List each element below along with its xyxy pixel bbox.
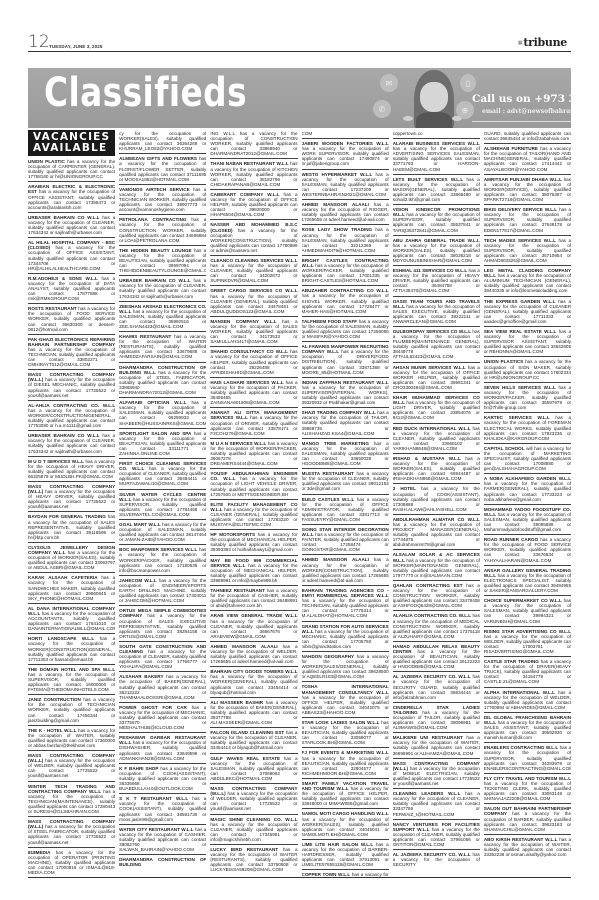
classified-ad: CLEANCO CLEANING SERVICES W.L.L has a va… (210, 257, 297, 286)
classified-ad: ABO KIRSH RESTAURANT W.L.L has a vacancy… (484, 836, 571, 859)
classified-ad: ALPHA INTERNATIONAL W.L.L has a vacancy … (484, 689, 571, 713)
banner-title: Classifieds (44, 70, 247, 116)
ad-company: BAHRAIN TRADING AGENCIES CO - EMIYI ROMM… (302, 588, 389, 598)
classified-ad: AL-AHLIA CONTRACTING CO. W.L.L has a vac… (28, 402, 115, 431)
classified-ad: LEO METAL CLADDING COMPANY W.L.L has a v… (484, 267, 571, 296)
classified-ad: WATER CITY RESTAURANT W.L.L has a vacanc… (119, 826, 206, 855)
ad-text: has a vacancy for the occupation of SALE… (484, 720, 571, 740)
classified-ad: THE HIDDEN BEAUTY LOUNGE has a vacancy f… (119, 247, 206, 276)
ad-text: has a vacancy for the occupation of PAIN… (302, 532, 389, 552)
ad-text: has a vacancy for the occupation of WORK… (28, 408, 115, 428)
classified-ad: GRAND STATION FOR AUTO SERVICES W.L.L ha… (302, 623, 389, 652)
classified-ad: ALI MASSEER BASHIR has a vacancy for the… (210, 699, 297, 728)
classified-ad: MOHAMMAD YADOO FOODSTUFF CO. W.L.L has a… (484, 506, 571, 535)
ad-text: has a vacancy for the occupation of CLEA… (210, 619, 297, 639)
classified-ad: Talfheem Food Staff has a vacancy for th… (302, 318, 389, 342)
logo-text: tribune (523, 36, 567, 49)
classified-ad: MASS CONTRACTING COMPANY (W.L.L) has a v… (210, 785, 297, 814)
classified-ad: TAHNEEZ RESTAURANT has a vacancy for the… (210, 587, 297, 611)
ad-text: has a vacancy for the occupation of FARM… (484, 481, 571, 501)
classified-ad: CHOICE SUPERMARKET CO W.L.L has a vacanc… (484, 597, 571, 626)
ad-text: has a vacancy for the occupation of ADVE… (393, 146, 480, 171)
classified-ad: PETROLANA CONTRACTING has a vacancy for … (119, 216, 206, 245)
classified-ad: M U A N SERVICES W.L.L has a vacancy for… (210, 440, 297, 469)
classified-ad: GOAL MART W.L.L has a vacancy for the oc… (119, 521, 206, 545)
classified-ad: AMRITSAR PUNJABI DHABA W.L.L has a vacan… (484, 176, 571, 205)
ad-text: has a vacancy for the occupation of WORK… (393, 558, 480, 578)
classified-ad: 818MEDIA has a vacancy for the occupatio… (28, 849, 115, 877)
page-date: TUESDAY, JUNE 3, 2025 (49, 44, 102, 49)
classified-ad: POWER GHOST FOR CAR has a vacancy for th… (119, 704, 206, 733)
ad-text: has a vacancy for the occupation of SUPE… (393, 212, 480, 232)
classified-ad: SEA VIEW REAL ESTATE W.L.L has a vacancy… (484, 328, 571, 357)
classified-columns: VACANCIES AVAILABLE UNION PLASTIC has a … (28, 130, 571, 877)
classified-ad: ORTUS MEGA SIMPLE COMMODITIES COMPANY ha… (119, 607, 206, 642)
classified-ad: GUARD, suitably qualified applicants can… (484, 130, 571, 144)
mascot-hand-right (452, 116, 462, 121)
classified-ad: AL JAZEERA SECURITY CO. W.L.L has a vaca… (393, 673, 480, 702)
classified-ad: SOUTH GATE CONSTRUCTION AND CLEANING has… (119, 643, 206, 672)
ad-text: has a vacancy for the occupation of BEAU… (302, 756, 389, 776)
classified-ad: NAHDON GEOGRAPHY has a vacancy for the o… (302, 653, 389, 682)
mail-icon: ✉ (380, 74, 398, 92)
classified-ad: ALAHLIA CONTRACTING CO. W.L.L has a vaca… (393, 612, 480, 641)
ad-text: has a vacancy for the occupation of SUPE… (28, 672, 115, 692)
classified-ad: ALARABI BUSINESS SERVICES W.L.L has a va… (393, 140, 480, 175)
classified-ad: BUILD CASTLES W.L.L has a vacancy for th… (302, 496, 389, 525)
classified-ad: DHARMANDRA CONSTRUCTION OF BUILDING (119, 856, 206, 869)
classified-ad: THE K - HOTEL W.L.L has a vacancy for th… (28, 727, 115, 751)
classified-ad: NANCY VENTURES FOR FACILITIES SUPPORT W.… (393, 821, 480, 850)
classified-ad: UNION PLASTICS has a vacancy for the occ… (484, 358, 571, 382)
classified-ad: JAHECOM W.L.L has a vacancy for the occu… (119, 577, 206, 606)
ad-text: has a vacancy for the occupation of CLEA… (210, 507, 297, 527)
section-heading: VACANCIES AVAILABLE (28, 130, 115, 156)
classified-ad: YOUSIF ABDULRAHMAN ENGINEER CO. W.L.L ha… (210, 470, 297, 499)
classified-ad: Castle Star Trading has a vacancy for th… (484, 658, 571, 687)
ad-text: has a vacancy for the occupation of CLEA… (210, 294, 297, 314)
classified-ad: URBASER BAHRAIN CO W.L.L has a vacancy f… (119, 277, 206, 301)
classified-ad: JANIZ CONSTRUCTION has a vacancy for the… (28, 696, 115, 725)
classified-ad: AHMED MANSOOR ALAALI has a vacancy for t… (210, 643, 297, 667)
bottom-rule (28, 877, 571, 878)
classified-ad: First Choice Cleaning Services Co. W.L.L… (119, 460, 206, 489)
classified-ad: MASS CONTRACTING COMPANY (W.L.L) has a v… (393, 760, 480, 789)
classified-ad: THE DOMAIN HOTEL AND SPA W.L.L has a vac… (28, 666, 115, 695)
ad-text: has a vacancy for the occupation of WORK… (210, 674, 297, 694)
classified-ad: ARAB VIEW GENERAL TRADE W.L.L has a vaca… (210, 612, 297, 641)
classified-ad: SALON OUT BAHRAINI PARTNERSHIP COMPANY h… (484, 805, 571, 834)
page-number: 12 (28, 34, 50, 51)
classified-ad: ANANAT ALI DITTA MANAGEMENT SERVICES W.L… (210, 409, 297, 438)
classified-ad: OASIS TEAM TOURS AND TRAVELS W.L.L has a… (393, 298, 480, 327)
classified-ad: LUCKY BIRD RESTAURANT has a vacancy for … (210, 846, 297, 874)
mascot-face (420, 82, 448, 112)
classified-ad: BAHRAIN TRADING AGENCIES CO - EMIYI ROMM… (302, 587, 389, 622)
classified-ad: almeezan gifts and flowers has a vacancy… (119, 155, 206, 184)
column-2: cy for the occupation of WORKER(SALES), … (119, 130, 206, 877)
classified-ad: cy for the occupation of WORKER(SALES), … (119, 130, 206, 154)
classified-ad: ALSHEHAB FURNITURE has a vacancy for the… (484, 145, 571, 174)
banner-divider (472, 121, 571, 122)
column-3: ING W.L.L has a vacancy for the occupati… (210, 130, 297, 877)
contact-box: Call us on +973 36458394 email : advt@ne… (472, 93, 571, 115)
ad-text: has a vacancy for the occupation of SALE… (484, 512, 571, 532)
classified-ad: VAMONOS AIRTECH SERVICE has a vacancy fo… (119, 186, 206, 215)
classified-ad: AHMED MANSOOR ALAALI has a vacancy for t… (302, 556, 389, 585)
classified-ad: GREET CARGO SERVICES CO W.L.L has a vaca… (210, 287, 297, 316)
classified-ad: URBASER BAHRAIN CO W.L.L has a vacancy f… (28, 214, 115, 238)
classified-ad: ROSTS RESTAURANT has a vacancy for the o… (28, 305, 115, 334)
ad-text: has a vacancy for the occupation of WELD… (484, 634, 571, 654)
ad-text: has a vacancy for the occupation of SALE… (119, 309, 206, 329)
ad-text: has a vacancy for the occupation of ALUM… (484, 273, 571, 293)
classified-ad: NAMOL MOTI CARGO HANDLING W.L.L has a va… (302, 810, 389, 839)
column-5: coppertown.coALARABI BUSINESS SERVICES W… (393, 130, 480, 877)
classified-ad: FALCON ISLAND CLEANING EST has a vacancy… (210, 729, 297, 753)
classified-ad: UNION PLASTIC has a vacancy for the occu… (28, 158, 115, 182)
classified-ad: ABDULRAHMAN ALMATAR CO W.L.L has a vacan… (393, 516, 480, 551)
classified-ad: GULBOROPAY SERVICES CO W.L.L has a vacan… (393, 328, 480, 363)
ad-text: has a vacancy for the occupation of WORK… (302, 263, 389, 283)
ad-text: has a vacancy for the occupation of SHOV… (302, 293, 389, 313)
ad-company: TOSHA INTERNATIONAL MANAGEMENT CONSULTAN… (302, 684, 389, 694)
classified-ad: ENABLERS CONTRACTING W.L.L has a vacancy… (484, 744, 571, 773)
call-us-text: Call us on +973 36458394 (472, 93, 571, 105)
classified-ad: GULF WAVES REAL ESTATE has a vacancy for… (210, 755, 297, 784)
classified-ad: DHARMANDRA CONSTRUCTION OF BUILDING W.L.… (119, 364, 206, 399)
classified-ad: HORTI LANDSCAPE W.L.L has a vacancy for … (28, 635, 115, 664)
ad-text: has a vacancy for the occupation of TICK… (484, 781, 571, 801)
classified-ad: MASS CONTRACTING COMPANY (W.L.L) has a v… (28, 371, 115, 400)
ad-text: has a vacancy for the occupation of ELEC… (484, 573, 571, 593)
classified-ad: ELITE FACILITY MANAGEMENT CO W.L.L has a… (210, 501, 297, 530)
classified-ad: IRSHAD & MUSTAFA W.L.L has a vacancy for… (393, 455, 480, 484)
classified-ad: CABERART COMPANY W.L.L has a vacancy for… (210, 191, 297, 220)
classified-ad: AL FAWARIS MANPOWER RECRUITING COMPANY W… (302, 343, 389, 378)
classified-ad: BOC MANPOWER SERVICES W.L.L has a vacanc… (119, 546, 206, 575)
classified-ad: THE EXPRESS GARDEN W.L.L has a vacancy f… (484, 298, 571, 327)
ad-text: has a vacancy for the occupation of WORK… (393, 243, 480, 263)
classified-ad: CINDERELLA STAR LADIES TAILORING has a v… (393, 704, 480, 733)
classified-ad: Ansar Gallery General Trading W.L.L has … (484, 567, 571, 596)
classified-ad: INDIAN ZAFFRAN RESTAURANT W.L.L has a va… (302, 379, 389, 408)
page-header-right: ▦tribune (281, 36, 571, 52)
classified-ad: LIME LITE HAIR SALON W.L.L has a vacancy… (302, 841, 389, 870)
classified-ad: HADI LAGHARI SERVICES W.L.L has a vacanc… (210, 379, 297, 408)
classified-ad: URBASER BAHRAIN CO W.L.L has a vacancy f… (28, 432, 115, 456)
classified-ad: MASS CONTRACTING COMPANY (W.L.L) has a v… (28, 483, 115, 512)
mascot-hand-left (403, 116, 413, 121)
classified-ad: KHAIR MUHAMMAD SERVICES CO W.L.L has a v… (393, 394, 480, 423)
classified-ad: QAHLAN CONTRACTING EST has a vacancy for… (393, 582, 480, 611)
classified-ad: sportlight salon and spa has a vacancy f… (119, 430, 206, 459)
classified-ad: RED DUCK INTERNATIONAL W.L.L has a vacan… (393, 425, 480, 454)
classified-ad: MAGIC SHINE CLEANING CO. W.L.L has a vac… (210, 816, 297, 845)
column-1: VACANCIES AVAILABLE UNION PLASTIC has a … (28, 130, 115, 877)
ad-text: has a vacancy for the occupation of OFFI… (28, 189, 115, 209)
classified-ad: RISING STAR ADVERTISING CO W.L.L has a v… (484, 628, 571, 657)
classified-ad: BRIGHT CASTLES CONTRACTING W.L.L has a v… (302, 257, 389, 286)
classified-ad: FLY CITY TRAVEL AND TOURISM W.L.L has a … (484, 775, 571, 804)
classified-ad: PESHAWAR DARBAR RESTAURANT W.L.L has a v… (119, 734, 206, 763)
classified-ad: a noba alkhafeeo garden w.l.l has a vaca… (484, 475, 571, 504)
classified-ad: DIL GLOBAL FRANCHISING BAHRAIN W.L.L has… (484, 714, 571, 743)
classified-ad: ARABIAN ELECTRIC & ELECTRONIC EST has a … (28, 183, 115, 212)
ad-text: has a vacancy for the occupation of WORK… (302, 146, 389, 166)
classified-ad: ING W.L.L has a vacancy for the occupati… (210, 130, 297, 159)
ad-text: cy for the occupation of WORKER(SALES), … (119, 131, 206, 151)
classified-ad: ABUZAHER CONTRACTING CO W.L.L has a vaca… (302, 287, 389, 316)
ad-text: has a vacancy for the occupation of LIGH… (393, 400, 480, 420)
ad-text: coppertown.co (393, 131, 423, 136)
classified-ad: ESHMAL 411 SERVICES CO W.L.L has a vacan… (393, 267, 480, 296)
classified-ad: HAMAD ABDULLAH RELAX BEAUTY CENTER has a… (393, 643, 480, 672)
classified-ad: K F BAHRI SHOP has a vacancy for the occ… (119, 765, 206, 794)
classified-ad: VISION KINDECOR PROMOTIONS W.L.L has a v… (393, 206, 480, 235)
classified-ad: SMART FAMILY VACATION TRAVEL AND TOURISM… (302, 780, 389, 809)
classified-ad: CLEANING LEADERS W.L.L has a vacancy for… (393, 790, 480, 819)
classified-ad: MASS CONTRACTING COMPANY (W.L.L) has a v… (28, 818, 115, 847)
classified-ad: PAK-GHAZI ELECTRONICS REPAIRING BAHRAIN … (28, 336, 115, 371)
classified-ad: road runner CARGO has a vacancy for the … (484, 536, 571, 565)
classified-ad: MALIKERE UNI RESTAURANT has a vacancy fo… (393, 734, 480, 758)
classified-ad: WESTO HYPERMARKET W.L.L has a vacancy fo… (302, 171, 389, 200)
classified-ad: KHAMIS RESTAURANT has a vacancy for the … (119, 333, 206, 362)
classified-ad: AL HILAL HOSPITAL COMPANY - BSC (CLOSED)… (28, 239, 115, 274)
classified-ad: SHAZI TRADING COMPANY W.L.L has a vacanc… (302, 409, 389, 438)
classified-ad: MANSEN COMPANY W.L.L has a vacancy for t… (210, 318, 297, 347)
logo-prefix-icon: ▦ (518, 40, 522, 46)
classified-ad: mlesta restaurant has a vacancy for the … (302, 470, 389, 494)
mascot-body (416, 112, 452, 128)
classified-ad: ALSALAM SOLAR & AC SERVICES W.L.L has a … (393, 551, 480, 580)
newspaper-logo: ▦tribune (518, 36, 567, 49)
ad-text: has a vacancy for the occupation of DISH… (119, 740, 206, 760)
classified-ad: BIKIS DELIVERY SERVICE W.L.L has a vacan… (484, 206, 571, 235)
page-header: 12 TUESDAY, JUNE 3, 2025 (28, 36, 281, 52)
ad-text: has a vacancy for the occupation of MECH… (302, 629, 389, 649)
classified-ad: MANGO TREE MARKETING has a vacancy for t… (302, 440, 389, 469)
classified-ad: ABU ZAHRA GENERAL TRADE W.L.L has a vaca… (393, 237, 480, 266)
classified-ad: AHMED MANSOOR ALAALI has a vacancy for t… (302, 201, 389, 225)
classified-ad: MASS CONTRACTING COMPANY (W.L.L) has a v… (28, 752, 115, 781)
classified-ad: ROSE LADY SHOW TRADING has a vacancy for… (302, 226, 389, 255)
classified-ad: AHSAN MUNIR SERVICES W.L.L has a vacancy… (393, 364, 480, 393)
ad-text: has a vacancy for the occupation of CLEA… (210, 822, 297, 842)
classified-ad: GOING STAR INTERIOR DECORATION W.L.L has… (302, 526, 389, 555)
classified-ad: M U D T SERVICES W.L.L has a vacancy for… (28, 458, 115, 482)
column-6: GUARD, suitably qualified applicants can… (484, 130, 571, 877)
ad-text: has a vacancy for the occupation of SUPE… (119, 497, 206, 517)
classified-ad: HP MOTORSPORTS has a vacancy for the occ… (210, 531, 297, 555)
classified-ad: LETS BUILT SERVICES W.L.L has a vacancy … (393, 176, 480, 205)
classified-ad: KARTEC SERVICES W.L.L has a vacancy for … (484, 414, 571, 443)
classified-ad: BAYDAN FOR GENERAL TRADING has a vacancy… (28, 513, 115, 542)
column-4: COMJABERI WOODEN FACTORIES W.L.L has a v… (302, 130, 389, 877)
classified-ad: NASSER ABD MOHAMMED B.S.C (CLOSED) has a… (210, 221, 297, 256)
classified-ad: R.M.ADOHEJI & SONS W.L.L has a vacancy f… (28, 275, 115, 304)
classified-ad: 3 Hotel has a vacancy for the occupation… (393, 485, 480, 514)
classified-ad: JABERI WOODEN FACTORIES W.L.L has a vaca… (302, 140, 389, 169)
classified-ad: coppertown.co (393, 130, 480, 139)
ad-text: has a vacancy for the occupation of WORK… (302, 817, 389, 837)
ad-text: GUARD, suitably qualified applicants can… (484, 131, 571, 141)
ad-text: has a vacancy for the occupation of PROJ… (393, 522, 480, 547)
classified-ad: S K T RESTAURANT W.L.L has a vacancy for… (119, 795, 206, 824)
ad-text: has a vacancy for the occupation of SALE… (393, 304, 480, 324)
ad-company: PAK-GHAZI ELECTRONICS REPAIRING BAHRAIN … (28, 337, 115, 347)
mobile-icon: ▯ (460, 74, 476, 92)
classified-ad: ZEESHAN ARSHAD ELECTRONICS CO. W.L.L has… (119, 303, 206, 332)
classified-ad: alsahar bakery has a vacancy for the occ… (119, 673, 206, 702)
ad-text: has a vacancy for the occupation of CLEA… (210, 263, 297, 283)
classified-ad: MAY BE FOOD 999 COMMERCIAL SERVICE W.L.L… (210, 557, 297, 586)
classified-ad: COM (302, 130, 389, 139)
classified-ad: FJ FOR EVENTS & MARKETING W.L.L has a va… (302, 749, 389, 778)
ad-text: has a vacancy for the occupation of ACCO… (28, 611, 115, 631)
classified-ad: CLYSOLIS JEWELLERY DESIGN COMPANY W.L.L … (28, 544, 115, 573)
ad-text: has a vacancy for the occupation of OFFI… (302, 695, 389, 715)
ad-company: DHARMANDRA CONSTRUCTION OF BUILDING (119, 857, 206, 867)
classified-ad: SHAHID CONSULTANCY CO W.L.L has a vacanc… (210, 348, 297, 377)
phone-icon: ✆ (373, 100, 391, 118)
classified-ad: THANI NABAN RESTAURANT W.L.L has a vacan… (210, 160, 297, 189)
ad-text: has a vacancy for the occupation of TECH… (302, 598, 389, 618)
classified-ad: STAR LOOK LADIES SALON W.L.L has a vacan… (302, 719, 389, 748)
ad-text: has a vacancy for the occupation of TECH… (28, 347, 115, 367)
classified-ad: TOSHA INTERNATIONAL MANAGEMENT CONSULTAN… (302, 683, 389, 718)
classified-ad: TECH MADES SERVICES W.L.L has a vacancy … (484, 237, 571, 266)
ad-text: ING W.L.L has a vacancy for the occupati… (210, 131, 297, 156)
classified-ad: SILVER WATER CYCLES CENTRE W.L.L has a v… (119, 491, 206, 520)
classified-ad: KARAK ALSAAH CAFETERIA has a vacancy for… (28, 574, 115, 603)
classified-ad: BAHRAIN CITY GOODS TOWERS W.L.L has a va… (210, 668, 297, 697)
classified-ad: SEVEN HILLS SERVICES W.L.L has a vacancy… (484, 384, 571, 413)
classified-ad: AL JAZEERA SECURITY CO. W.L.L has a vaca… (393, 851, 480, 869)
ad-text: has a vacancy for the occupation of PLUM… (393, 329, 480, 359)
classified-ad: CAPITAL school will has a vacancy for th… (484, 445, 571, 474)
ad-text: COM (302, 131, 313, 136)
email-text: email : advt@newsofbahrain.com (482, 108, 571, 115)
classified-ad: WINTER TECH TRADING AND CONTRACTING COMP… (28, 783, 115, 818)
classifieds-banner: Classifieds ✉ ✆ ▯ ⊕ Call us on +973 3645… (28, 68, 571, 128)
classified-ad: AL DANA INTERNATIONAL COMPANY W.L.L has … (28, 605, 115, 634)
ad-text: has a vacancy for the occupation of SUPE… (302, 385, 389, 405)
classified-ad: ALFARABI OPTICIAN W.L.L has a vacancy fo… (119, 399, 206, 428)
